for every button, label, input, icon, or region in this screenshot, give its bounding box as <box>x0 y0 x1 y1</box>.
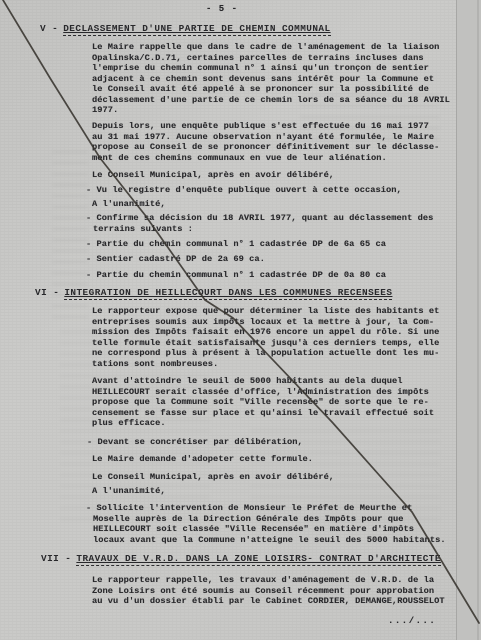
paragraph-line: Le rapporteur expose que pour déterminer… <box>92 306 439 317</box>
paragraph-line: Opalinska/C.D.71, certaines parcelles de… <box>92 53 450 64</box>
section-v-numeral: V - <box>40 23 58 36</box>
paragraph-line: 1977. <box>92 105 450 116</box>
paragraph-line: déclassement d'une partie de ce chemin l… <box>92 95 450 106</box>
bullet-item: - Sentier cadastré DP de 2a 69 ca. <box>86 254 265 265</box>
paragraph-line: plus efficace. <box>92 418 434 429</box>
mayor-line: Le Maire demande d'adopeter cette formul… <box>92 454 313 465</box>
bullet-line: - Sollicite l'intervention de Monsieur l… <box>86 503 446 514</box>
paragraph-line: Le rapporteur rappelle, les travaux d'am… <box>92 575 445 586</box>
paragraph-line: HEILLECOURT serait classée d'office, l'A… <box>92 387 434 398</box>
paragraph-line: mission des Impôts faisait en 1976 encor… <box>92 327 439 338</box>
page-number: - 5 - <box>0 4 444 15</box>
paragraph-line: Avant d'attoindre le seuil de 5000 habit… <box>92 376 434 387</box>
section-vii-paragraph-1: Le rapporteur rappelle, les travaux d'am… <box>92 575 445 607</box>
section-vi-title: INTEGRATION DE HEILLECOURT DANS LES COMM… <box>64 287 392 300</box>
council-deliberation-line: Le Conseil Municipal, après en avoir dél… <box>92 472 334 483</box>
bullet-item: - Vu le registre d'enquête publique ouve… <box>86 185 402 196</box>
bullet-line: locaux avant que la Commune n'atteigne l… <box>93 535 446 546</box>
scanned-page: - 5 - V - DECLASSEMENT D'UNE PARTIE DE C… <box>0 0 481 640</box>
paper-edge-line <box>477 0 479 640</box>
council-deliberation-line: Le Conseil Municipal, après en avoir dél… <box>92 170 334 181</box>
bullet-item: - Partie du chemin communal n° 1 cadastr… <box>86 270 386 281</box>
paragraph-line: l'emprise du chemin communal n° 1 ainsi … <box>92 63 450 74</box>
section-v-title: DECLASSEMENT D'UNE PARTIE DE CHEMIN COMM… <box>63 23 330 36</box>
paragraph-line: tations sont nombreuses. <box>92 359 439 370</box>
section-vi-paragraph-1: Le rapporteur expose que pour déterminer… <box>92 306 439 369</box>
bullet-item: - Sollicite l'intervention de Monsieur l… <box>86 503 446 545</box>
bullet-line: - Confirme sa décision du 18 AVRIL 1977,… <box>86 213 433 224</box>
bullet-item: - Devant se concrétiser par délibération… <box>87 437 303 448</box>
section-vi-paragraph-2: Avant d'attoindre le seuil de 5000 habit… <box>92 376 434 429</box>
paragraph-line: Zone Loisirs ont été soumis au Conseil r… <box>92 586 445 597</box>
unanimity-line: A l'unanimité, <box>92 199 166 210</box>
bullet-line: terrains suivants : <box>93 224 433 235</box>
section-vi-numeral: VI - <box>35 287 59 300</box>
section-v-paragraph-1: Le Maire rappelle que dans le cadre de l… <box>92 42 450 116</box>
paragraph-line: le Conseil avait été appelé à se prononc… <box>92 84 450 95</box>
section-vi-heading: VI - INTEGRATION DE HEILLECOURT DANS LES… <box>35 287 392 300</box>
paragraph-line: propose au Conseil de se prononcer défin… <box>92 142 439 153</box>
bullet-line: HEILLECOURT soit classée "Ville Recensée… <box>93 524 446 535</box>
section-vii-heading: VII - TRAVAUX DE V.R.D. DANS LA ZONE LOI… <box>41 553 441 566</box>
bullet-item: - Partie du chemin communal n° 1 cadastr… <box>86 239 386 250</box>
paragraph-line: telle formule était satisfaisante jusqu'… <box>92 338 439 349</box>
paragraph-line: entreprises soumis aux impôts locaux et … <box>92 317 439 328</box>
paragraph-line: adjacent à ce chemin sont devenus sans i… <box>92 74 450 85</box>
section-vii-title: TRAVAUX DE V.R.D. DANS LA ZONE LOISIRS- … <box>76 553 441 566</box>
paragraph-line: propose que la Commune soit "Ville recen… <box>92 397 434 408</box>
section-v-paragraph-2: Depuis lors, une enquête publique s'est … <box>92 121 439 163</box>
section-v-heading: V - DECLASSEMENT D'UNE PARTIE DE CHEMIN … <box>40 23 331 36</box>
paragraph-line: Le Maire rappelle que dans le cadre de l… <box>92 42 450 53</box>
bullet-item: - Confirme sa décision du 18 AVRIL 1977,… <box>86 213 433 234</box>
paragraph-line: au 31 mai 1977. Aucune observation n'aya… <box>92 132 439 143</box>
paragraph-line: ment de ces chemins communaux en vue de … <box>92 153 439 164</box>
section-vii-numeral: VII - <box>41 553 71 566</box>
paragraph-line: au vu d'un dossier établi par le Cabinet… <box>92 596 445 607</box>
paragraph-line: Depuis lors, une enquête publique s'est … <box>92 121 439 132</box>
paragraph-line: ne correspond plus à présent à la popula… <box>92 348 439 359</box>
paragraph-line: censement se fasse sur place et qu'ainsi… <box>92 408 434 419</box>
unanimity-line: A l'unanimité, <box>92 486 166 497</box>
bullet-line: Moselle auprès de la Direction Générale … <box>93 514 446 525</box>
continuation-mark: .../... <box>388 616 436 627</box>
